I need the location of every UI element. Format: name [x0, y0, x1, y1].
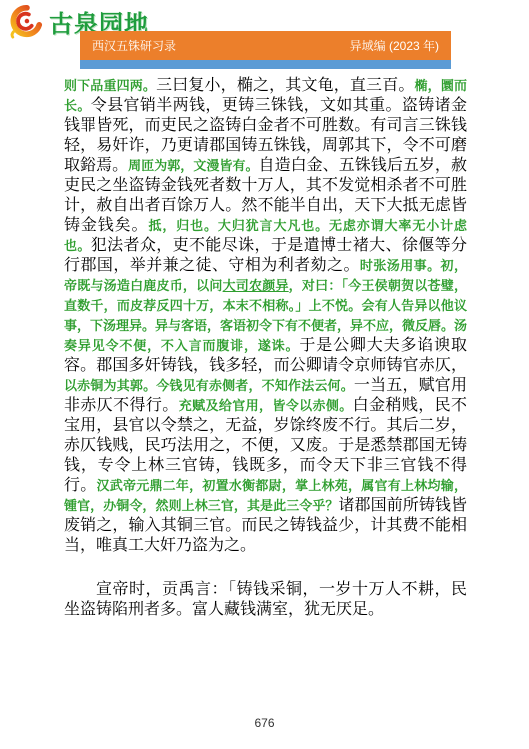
annotation-text-segment: 充赋及给官用，皆令以赤侧。 — [179, 398, 353, 413]
main-text-segment: 三曰复小，椭之，其文龟，直三百。 — [156, 77, 414, 94]
page-number: 676 — [0, 716, 529, 730]
annotation-underlined-text: 大司农颜异 — [223, 278, 289, 293]
coin-swirl-icon — [7, 5, 45, 39]
volume-edition: 异域编 (2023 年) — [350, 37, 439, 54]
annotation-text-segment: 则下品重四两。 — [64, 78, 156, 93]
annotation-text-segment: 周匝为郭，文漫皆有。 — [128, 158, 258, 173]
annotation-text-segment: 以赤铜为其郭。今钱见有赤侧者，不知作法云何。 — [64, 378, 354, 393]
divider-stripe — [80, 60, 451, 69]
document-body: 则下品重四两。三曰复小，椭之，其文龟，直三百。椭，圜而长。令县官销半两钱，更铸三… — [64, 76, 467, 620]
paragraph: 宣帝时，贡禹言：「铸钱采铜，一岁十万人不耕，民坐盗铸陷刑者多。富人藏钱满室，犹无… — [64, 580, 467, 620]
paragraph: 则下品重四两。三曰复小，椭之，其文龟，直三百。椭，圜而长。令县官销半两钱，更铸三… — [64, 76, 467, 556]
book-title: 西汉五铢研习录 — [92, 37, 176, 54]
title-bar: 西汉五铢研习录 异域编 (2023 年) — [80, 31, 451, 60]
main-text-segment: 宣帝时，贡禹言：「铸钱采铜，一岁十万人不耕，民坐盗铸陷刑者多。富人藏钱满室，犹无… — [64, 581, 467, 618]
